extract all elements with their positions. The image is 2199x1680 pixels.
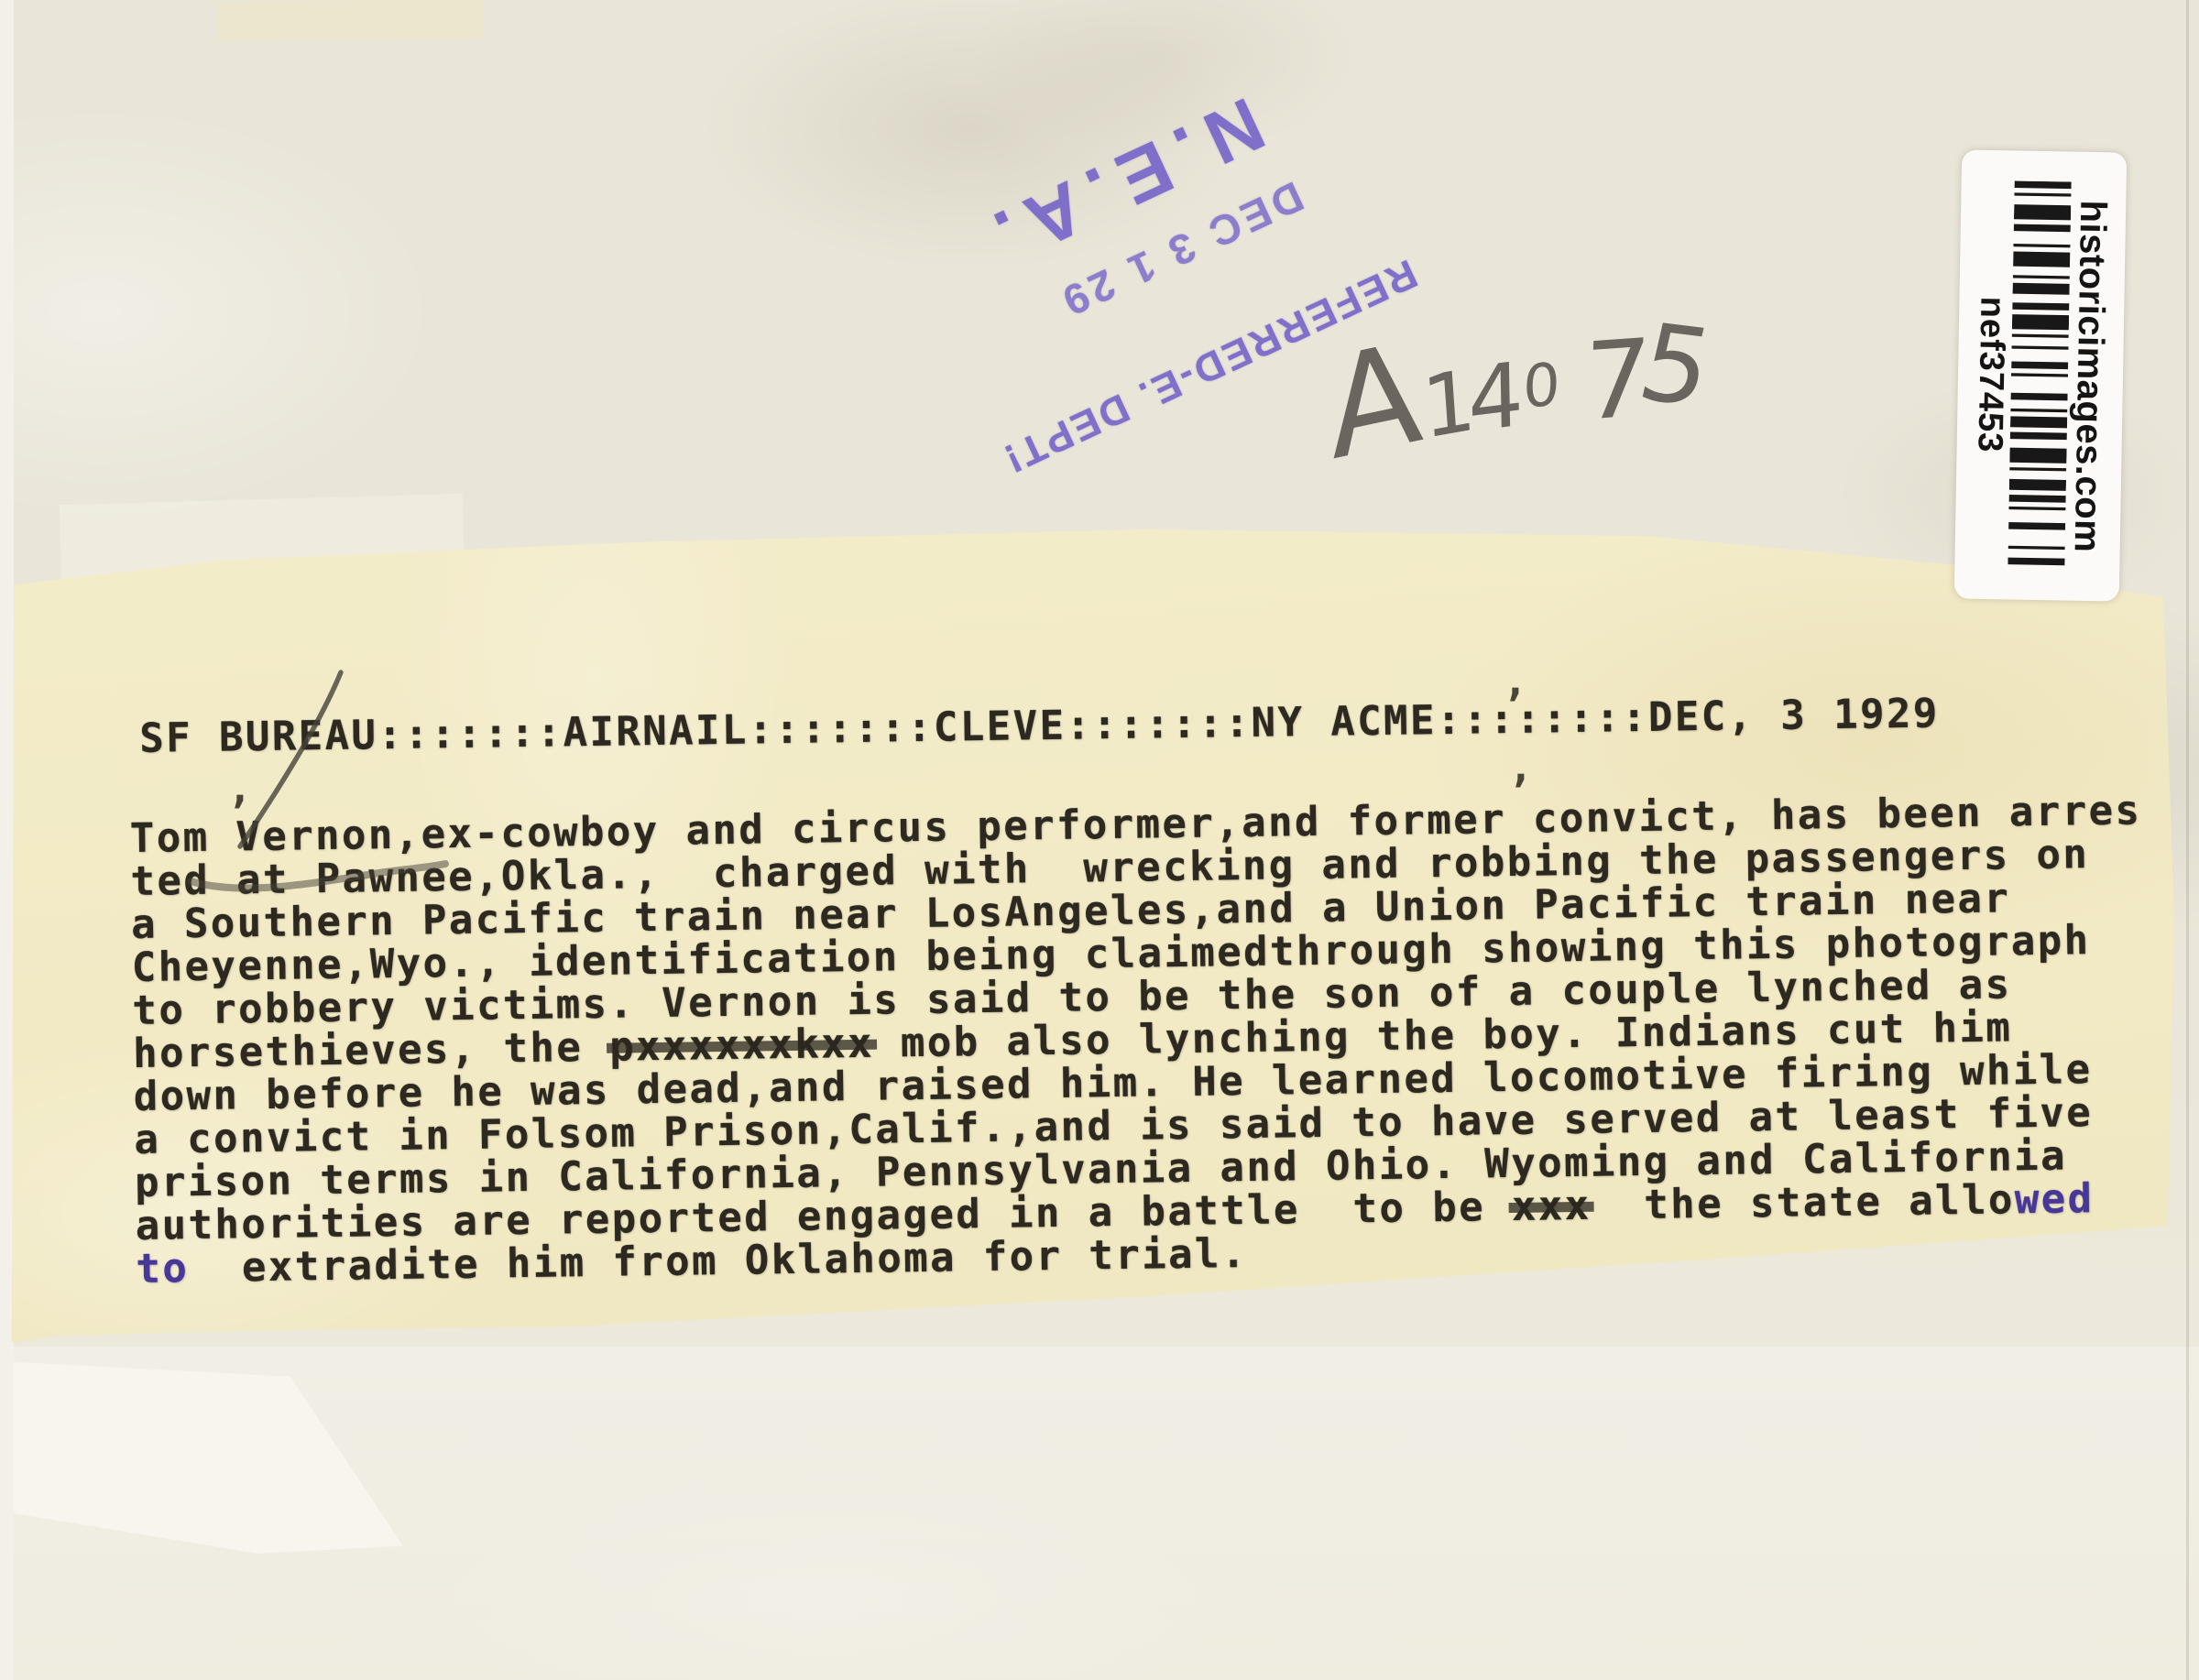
paper-crease-right — [2186, 0, 2189, 1680]
barcode-label: historicimages.com nef37453 — [1954, 149, 2128, 601]
stray-comma: , — [227, 763, 253, 813]
barcode — [2008, 180, 2071, 570]
handwritten-char: A — [1319, 312, 1428, 491]
handwritten-char: 0 — [1522, 351, 1560, 422]
stray-comma: , — [1508, 742, 1534, 791]
stray-comma: , — [1503, 656, 1528, 705]
caption-lines: Tom Vernon,ex-cowboy and circus performe… — [130, 788, 2199, 1291]
barcode-code-text: nef37453 — [1970, 296, 2012, 453]
barcode-site-text: historicimages.com — [2066, 200, 2114, 552]
paper-edge-left — [0, 0, 14, 1680]
caption-text-block: SF BUREAU:::::::AIRNAIL:::::::CLEVE:::::… — [128, 688, 2199, 1290]
photo-back-scan: SF BUREAU:::::::AIRNAIL:::::::CLEVE:::::… — [0, 0, 2199, 1680]
handwritten-catalog-number: A14075 — [1319, 302, 1832, 513]
tape-remnant-top-left — [218, 0, 485, 42]
handwritten-char: 4 — [1467, 343, 1525, 453]
